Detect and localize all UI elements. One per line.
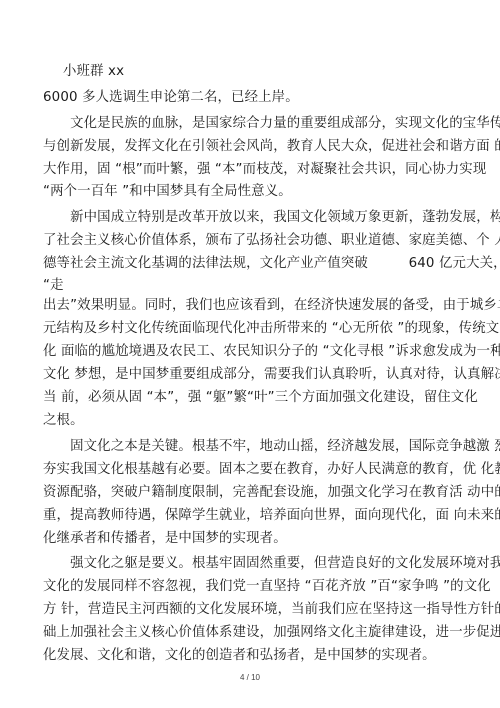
text-line: 资源配骆，突破户籍制度限制，完善配套设施，加强文化学习在教育活 动中的比: [43, 485, 500, 501]
text-line: 化发展、文化和谐，文化的创造者和弘扬者，是中国梦的实现者。: [43, 648, 436, 664]
text-line: 方 针，营造民主河西额的文化发展环境，当前我们应在坚持这一指导性方针的基: [43, 602, 500, 618]
text-line: “两个一百年 ”和中国梦具有全局性意义。: [43, 184, 292, 200]
text-line: 化 面临的尴尬境遇及农民工、农民知识分子的 “文化寻根 ”诉求愈发成为一种: [43, 344, 500, 360]
text-line: 之根。: [43, 413, 84, 429]
text-line: 础上加强社会主义核心价值体系建设，加强网络文化主旋律建设，进一步促进 文: [43, 625, 500, 641]
text-line: 元结构及乡村文化传统面临现代化冲击所带来的 “心无所依 ”的现象，传统文: [43, 321, 499, 337]
text-line: 德等社会主流文化基调的法律法规，文化产业产值突破 640 亿元大关，: [43, 256, 500, 272]
text-line: 新中国成立特别是改革开放以来，我国文化领域万象更新，蓬勃发展，构 建: [43, 210, 500, 226]
text-line: 夯实我国文化根基越有必要。固本之要在教育，办好人民满意的教育，优 化教育: [43, 462, 500, 478]
text-line: 重，提高教师待遇，保障学生就业，培养面向世界，面向现代化，面 向未来的文: [43, 508, 500, 524]
intro-line: 6000 多人选调生申论第二名，已经上岸。: [43, 90, 299, 106]
text-line: 出去”效果明显。同时，我们也应该看到，在经济快速发展的备受，由于城乡二: [43, 298, 500, 314]
text-line: 固文化之本是关键。根基不牢，地动山摇，经济越发展，国际竞争越激 烈，: [43, 439, 500, 455]
text-line: 文化是民族的血脉，是国家综合力量的重要组成部分，实现文化的宝华传 承: [43, 116, 500, 132]
text-line: 大作用，固 “根”而叶繁，强 “本”而枝茂，对凝聚社会共识，同心协力实现: [43, 162, 486, 178]
page-indicator: 4 / 10: [0, 673, 500, 682]
text-line: 了社会主义核心价值体系，颁布了弘扬社会功德、职业道德、家庭美德、个 人品: [43, 233, 500, 249]
text-line: 当 前，必须从固 “本”，强 “躯”繁“叶”三个方面加强文化建设，留住文化: [43, 390, 478, 406]
author-line: 小班群 xx: [63, 64, 124, 80]
text-line: 与创新发展，发挥文化在引领社会风尚，教育人民大众，促进社会和谐方面 的重: [43, 139, 500, 155]
text-line: 化继承者和传播者，是中国梦的实现者。: [43, 531, 287, 547]
text-line: 文化 梦想，是中国梦重要组成部分，需要我们认真聆听，认真对待，认真解决，: [43, 367, 500, 383]
text-line: 强文化之躯是要义。根基牢固固然重要，但营造良好的文化发展环境对我 国: [43, 556, 500, 572]
text-line: 文化的发展同样不容忽视，我们党一直坚持 “百花齐放 ”百“家争鸣 ”的文化: [43, 579, 491, 595]
document-page: 小班群 xx 6000 多人选调生申论第二名，已经上岸。 文化是民族的血脉，是国…: [0, 0, 500, 708]
text-line: “走: [43, 278, 64, 294]
